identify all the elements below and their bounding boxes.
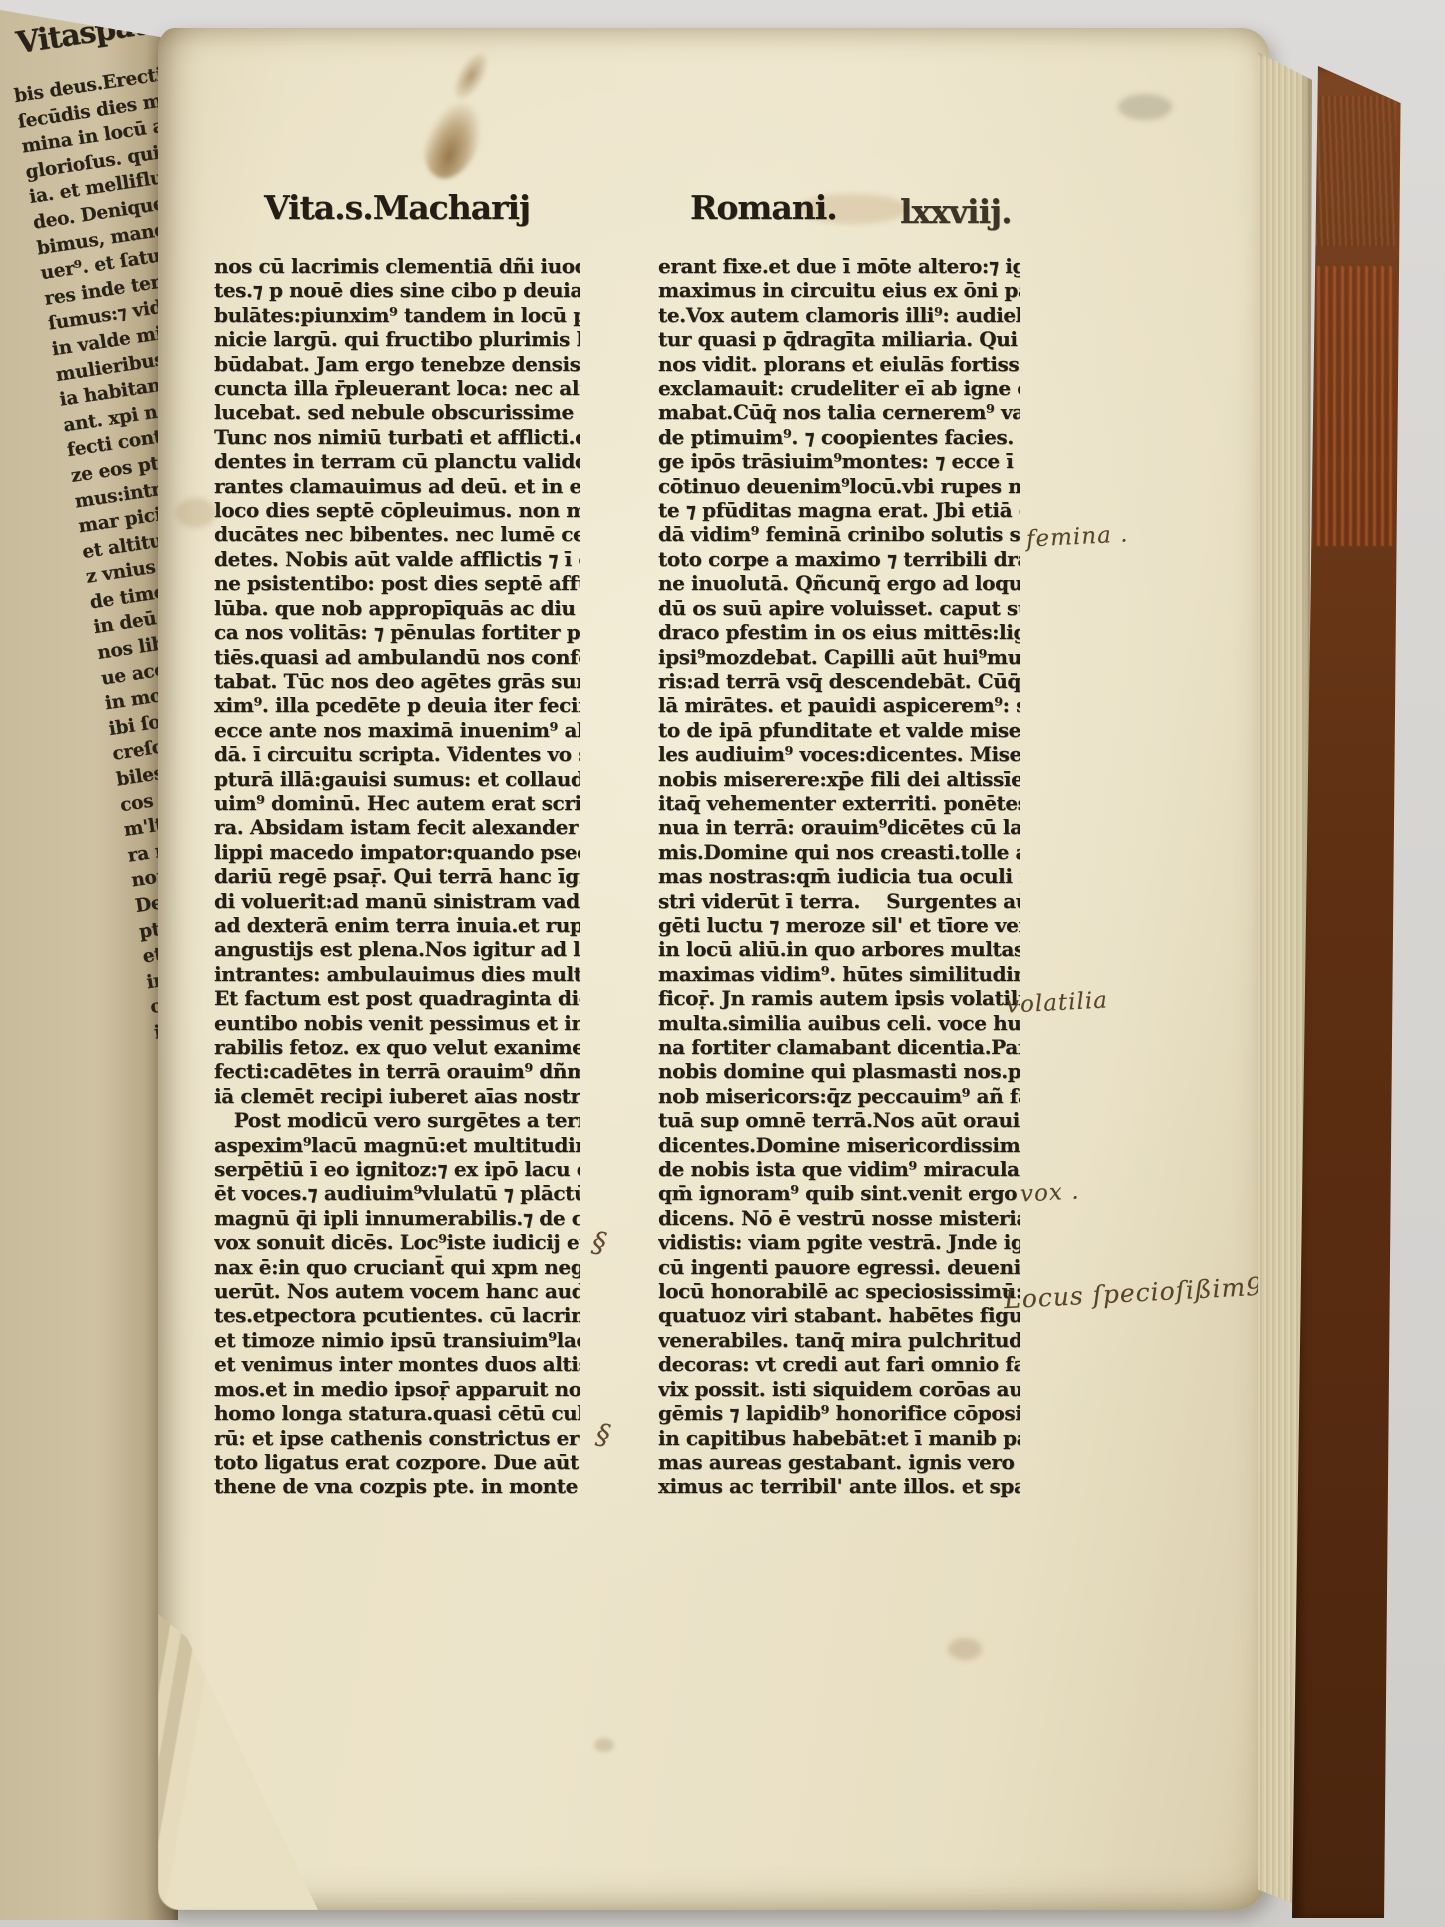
text-line: aspexim⁹lacū magnū:et multitudinez xyxy=(214,1133,580,1157)
text-line: tabat. Tūc nos deo agētes grās surre- xyxy=(214,669,580,693)
text-line: et timoze nimio ipsū transiuim⁹lacum xyxy=(214,1328,580,1352)
text-line: ne inuolutā. Qñcunq̄ ergo ad loquen xyxy=(658,571,1020,595)
text-line: ducātes nec bibentes. nec lumē celi vi xyxy=(214,522,580,546)
text-line: draco pfestim in os eius mittēs:liguā xyxy=(658,620,1020,644)
text-line: et venimus inter montes duos altissi xyxy=(214,1352,580,1376)
cover-red-streaks xyxy=(1301,266,1395,546)
text-line: ēt voces.⁊ audiuim⁹vlulatū ⁊ plāctū xyxy=(214,1181,580,1205)
text-line: bulātes:piunxim⁹ tandem in locū pla xyxy=(214,303,580,327)
text-line: dā vidim⁹ feminā crinibo solutis stātē xyxy=(658,522,1020,546)
text-line: quatuoz viri stabant. habētes figuras xyxy=(658,1303,1020,1327)
text-line: Tunc nos nimiū turbati et afflicti.ca xyxy=(214,425,580,449)
text-line: rū: et ipse cathenis constrictus ereis. xyxy=(214,1426,580,1450)
text-line: venerabiles. tanq̄ mira pulchritudine xyxy=(658,1328,1020,1352)
paper-stain xyxy=(594,1738,614,1752)
text-line: maximas vidim⁹. hūtes similitudinez xyxy=(658,962,1020,986)
text-line: stri viderūt ī terra. Surgentes aū ī- xyxy=(658,889,1020,913)
text-line: serpētiū ī eo ignitoz:⁊ ex ipō lacu exi- xyxy=(214,1157,580,1181)
text-line: lūba. que nob appropīquās ac diu cir- xyxy=(214,596,580,620)
text-line: ne psistentibo: post dies septē affuit c… xyxy=(214,571,580,595)
ink-drip-stain xyxy=(413,78,496,187)
text-line: mas aureas gestabant. ignis vero ma xyxy=(658,1450,1020,1474)
text-line: nobis miserere:xp̄e fili dei altissīe. N… xyxy=(658,767,1020,791)
text-line: de nobis ista que vidim⁹ miracula tua xyxy=(658,1157,1020,1181)
text-line: decoras: vt credi aut fari omnio facile xyxy=(658,1352,1020,1376)
text-line: in capitibus habebāt:et ī manib pal xyxy=(658,1426,1020,1450)
text-line: in locū aliū.in quo arbores multas et xyxy=(658,937,1020,961)
text-line: na fortiter clamabant dicentia.Parce xyxy=(658,1035,1020,1059)
text-line: iā clemēt recipi iuberet aīas nostras xyxy=(214,1084,580,1108)
text-line: ra. Absidam istam fecit alexander phi xyxy=(214,815,580,839)
text-line: tur quasi p q̄dragīta miliaria. Qui vt xyxy=(658,327,1020,351)
text-line: nos cū lacrimis clementiā dñi iuocā- xyxy=(214,254,580,278)
gutter-ink-mark: § xyxy=(594,1417,612,1452)
text-line: vox sonuit dicēs. Loc⁹iste iudicij et pe xyxy=(214,1230,580,1254)
text-line: uerūt. Nos autem vocem hanc audiē- xyxy=(214,1279,580,1303)
text-line: uim⁹ dominū. Hec autem erat scriptu xyxy=(214,791,580,815)
text-line: tiēs.quasi ad ambulandū nos confor- xyxy=(214,645,580,669)
previous-page-sliver: Vitaspatrū bis deus.Erecti a ſſecūdis di… xyxy=(0,10,178,1920)
book-page: Vita.s.Macharij Romani. lxxviij. nos cū … xyxy=(158,28,1270,1910)
text-line: dū os suū apire voluisset. caput suum xyxy=(658,596,1020,620)
text-line: thene de vna cozpis pte. in monte vno xyxy=(214,1474,580,1498)
text-line: fecti:cadētes in terrā orauim⁹ dñm. vt xyxy=(214,1059,580,1083)
text-line: angustijs est plena.Nos igitur ad leuā xyxy=(214,937,580,961)
text-line: būdabat. Jam ergo tenebze densissime xyxy=(214,352,580,376)
running-header-left: Vita.s.Macharij xyxy=(264,188,530,227)
text-line: dicentes.Domine misericordissime oñ xyxy=(658,1133,1020,1157)
text-line: nobis domine qui plasmasti nos.parce xyxy=(658,1059,1020,1083)
running-header-right: Romani. xyxy=(690,188,837,227)
ink-drip-stain-tail xyxy=(447,47,496,105)
text-line: maximus in circuitu eius ex ōni par- xyxy=(658,278,1020,302)
text-line: dā. ī circuitu scripta. Videntes vo scri xyxy=(214,742,580,766)
text-line: cōtinuo deuenim⁹locū.vbi rupes mul xyxy=(658,474,1020,498)
page-corner-curl xyxy=(158,1614,318,1910)
text-line: loco dies septē cōpleuimus. non man xyxy=(214,498,580,522)
text-line: mis.Domine qui nos creasti.tolle ani xyxy=(658,840,1020,864)
text-line: erant fixe.et due ī mōte altero:⁊ ignis xyxy=(658,254,1020,278)
text-line: ipsi⁹mozdebat. Capilli aūt hui⁹mulie xyxy=(658,645,1020,669)
text-line: toto corpe a maximo ⁊ terribili draco xyxy=(658,547,1020,571)
paper-stain xyxy=(176,498,216,528)
text-line: ximus ac terribil' ante illos. et spatas xyxy=(658,1474,1020,1498)
text-line: Et factum est post quadraginta dies. xyxy=(214,986,580,1010)
text-line: nob misericors:q̄z peccauim⁹ añ faciē xyxy=(658,1084,1020,1108)
text-line: te ⁊ pfūditas magna erat. Jbi etiā q̄n xyxy=(658,498,1020,522)
text-line: tes.etpectora pcutientes. cū lacrimis xyxy=(214,1303,580,1327)
text-line: qm̄ ignoram⁹ quib sint.venit ergo vox xyxy=(658,1181,1020,1205)
margin-annotation-femina: femina . xyxy=(1025,521,1129,552)
text-line: ris:ad terrā vsq̄ descendebāt. Cūq̄ ī il xyxy=(658,669,1020,693)
margin-annotation-vox: vox . xyxy=(1019,1178,1080,1207)
text-line: dariū regē psaṝ. Qui terrā hanc īgre- xyxy=(214,864,580,888)
text-line: nicie largū. qui fructibo plurimis ha- xyxy=(214,327,580,351)
text-column-left: nos cū lacrimis clementiā dñi iuocā-tes.… xyxy=(214,254,580,1499)
text-column-right: erant fixe.et due ī mōte altero:⁊ ignism… xyxy=(658,254,1020,1499)
text-line: dicens. Nō ē vestrū nosse misteria que xyxy=(658,1206,1020,1230)
text-line: multa.similia auibus celi. voce huma xyxy=(658,1011,1020,1035)
text-line: exclamauit: crudeliter eī ab igne cre xyxy=(658,376,1020,400)
text-line: te.Vox autem clamoris illi⁹: audieba xyxy=(658,303,1020,327)
text-line: vix possit. isti siquidem corōas aureas xyxy=(658,1377,1020,1401)
text-line: tes.⁊ p nouē dies sine cibo p deuia am- xyxy=(214,278,580,302)
text-line: locū honorabilē ac speciosissimū: in q̄ xyxy=(658,1279,1020,1303)
text-line: ad dexterā enim terra inuia.et rupib⁹ xyxy=(214,913,580,937)
text-line: xim⁹. illa pcedēte p deuia iter fecim⁹:⁊ xyxy=(214,693,580,717)
text-line: gēmis ⁊ lapidib⁹ honorifice cōpositas xyxy=(658,1401,1020,1425)
margin-annotation-volatilia: volatilia xyxy=(1005,987,1108,1018)
text-line: mabat.Cūq̄ nos talia cernerem⁹ val xyxy=(658,400,1020,424)
text-line: dentes in terram cū planctu valido.o- xyxy=(214,449,580,473)
text-line: itaq̄ vehementer exterriti. ponētes ge xyxy=(658,791,1020,815)
text-line: cuncta illa r̄pleuerant loca: nec aliq̄d xyxy=(214,376,580,400)
text-line: homo longa statura.quasi cētū cubito xyxy=(214,1401,580,1425)
text-line: lippi macedo impator:quando psecut⁹ xyxy=(214,840,580,864)
text-line: cū ingenti pauore egressi. deuenim⁹ ī xyxy=(658,1255,1020,1279)
text-line: Post modicū vero surgētes a terra xyxy=(214,1108,580,1132)
text-line: gēti luctu ⁊ meroze sil' et tīore venim⁹ xyxy=(658,913,1020,937)
text-line: mos.et in medio ipsoṝ apparuit nobis xyxy=(214,1377,580,1401)
paper-stain xyxy=(1118,94,1172,120)
text-line: euntibo nobis venit pessimus et intole xyxy=(214,1011,580,1035)
text-line: to de ipā pfunditate et valde miserabi xyxy=(658,718,1020,742)
text-line: ficoṝ. Jn ramis autem ipsis volatilia xyxy=(658,986,1020,1010)
text-line: nos vidit. plorans et eiulās fortissime xyxy=(658,352,1020,376)
text-line: ge ipōs trāsiuim⁹montes: ⁊ ecce ī aliū xyxy=(658,449,1020,473)
text-line: di voluerit:ad manū sinistram vadat: xyxy=(214,889,580,913)
folio-number: lxxviij. xyxy=(900,192,1012,231)
paper-stain xyxy=(948,1638,982,1660)
margin-annotation-locus: Locus ſpecioſißim9 . xyxy=(1003,1271,1281,1314)
text-line: intrantes: ambulauimus dies multos xyxy=(214,962,580,986)
text-line: rabilis fetoz. ex quo velut exanimes ef xyxy=(214,1035,580,1059)
text-line: de ptimuim⁹. ⁊ coopientes facies. alō- xyxy=(658,425,1020,449)
text-line: toto ligatus erat cozpore. Due aūt ca xyxy=(214,1450,580,1474)
gutter-ink-mark: § xyxy=(590,1225,608,1260)
text-line: ecce ante nos maximā inuenim⁹ absi- xyxy=(214,718,580,742)
text-line: ca nos volitās: ⁊ pēnulas fortiter pcu xyxy=(214,620,580,644)
text-line: pturā illā:gauisi sumus: et collauda- xyxy=(214,767,580,791)
text-line: vidistis: viam pgite vestrā. Jnde igit̄ xyxy=(658,1230,1020,1254)
text-line: detes. Nobis aūt valde afflictis ⁊ ī oro xyxy=(214,547,580,571)
text-line: nax ē:in quo cruciant̄ qui xpm nega xyxy=(214,1255,580,1279)
text-line: rantes clamauimus ad deū. et in eodē xyxy=(214,474,580,498)
text-line: magnū q̄i ipli innumerabilis.⁊ de celo xyxy=(214,1206,580,1230)
text-line: les audiuim⁹ voces:dicentes. Miserere xyxy=(658,742,1020,766)
text-line: lucebat. sed nebule obscurissime erant xyxy=(214,400,580,424)
text-line: nua in terrā: orauim⁹dicētes cū lacri xyxy=(658,815,1020,839)
text-line: tuā sup omnē terrā.Nos aūt orauim⁹ xyxy=(658,1108,1020,1132)
text-line: lā mirātes. et pauidi aspicerem⁹: subi- xyxy=(658,693,1020,717)
text-line: mas nostras:qm̄ iudicia tua oculi no- xyxy=(658,864,1020,888)
